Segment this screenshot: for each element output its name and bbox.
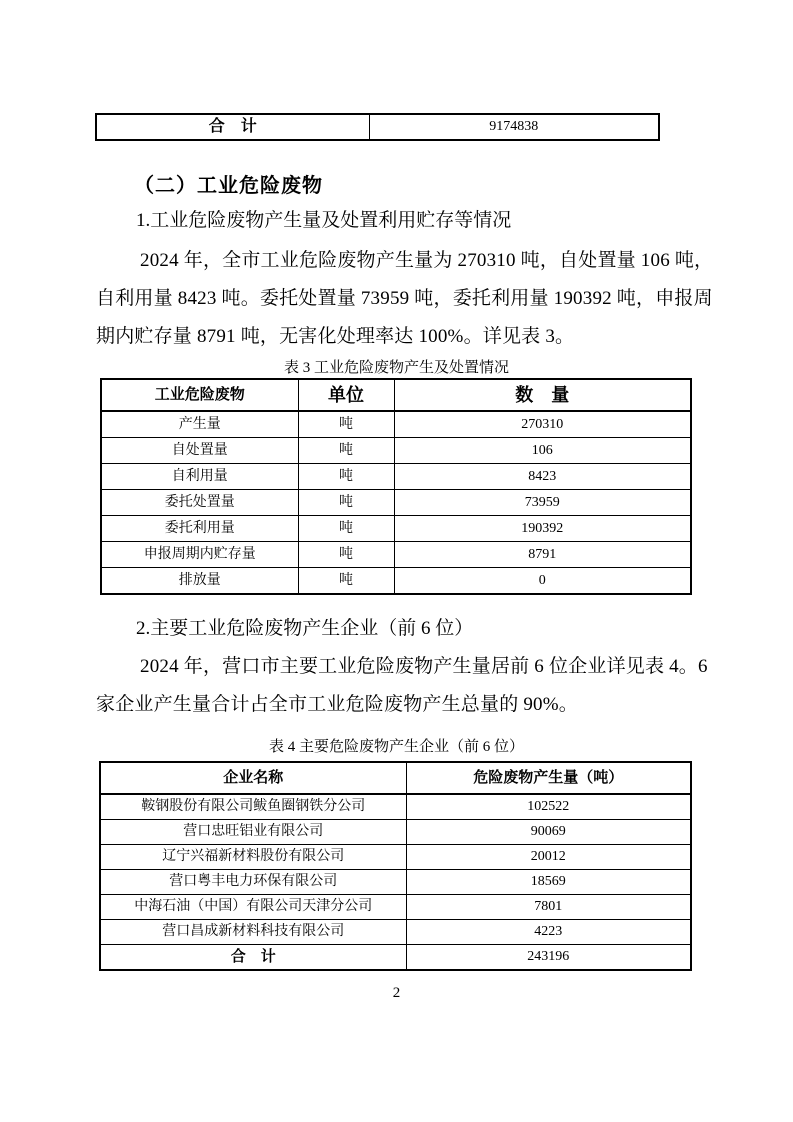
subsection-1-title: 1.工业危险废物产生量及处置利用贮存等情况: [136, 205, 511, 232]
table-row: 委托处置量 吨 73959: [101, 490, 691, 516]
row-value: 190392: [394, 516, 691, 542]
company-name: 中海石油（中国）有限公司天津分公司: [100, 895, 406, 920]
company-value: 90069: [406, 820, 691, 845]
company-value: 4223: [406, 920, 691, 945]
page-number: 2: [0, 985, 793, 1002]
table-row: 产生量 吨 270310: [101, 411, 691, 438]
row-unit: 吨: [298, 568, 394, 595]
table3-header-quantity: 数 量: [394, 379, 691, 411]
table-row: 申报周期内贮存量 吨 8791: [101, 542, 691, 568]
table4-caption: 表 4 主要危险废物产生企业（前 6 位）: [0, 735, 793, 756]
paragraph-1-line-1: 2024 年，全市工业危险废物产生量为 270310 吨，自处置量 106 吨，: [140, 245, 713, 272]
table-row: 鞍钢股份有限公司鲅鱼圈钢铁分公司 102522: [100, 794, 691, 820]
section-heading: （二）工业危险废物: [134, 169, 323, 198]
paragraph-1-line-2: 自利用量 8423 吨。委托处置量 73959 吨，委托利用量 190392 吨…: [96, 283, 713, 310]
table-row: 合 计 243196: [100, 945, 691, 971]
company-value: 102522: [406, 794, 691, 820]
table-row: 辽宁兴福新材料股份有限公司 20012: [100, 845, 691, 870]
row-unit: 吨: [298, 464, 394, 490]
company-name: 鞍钢股份有限公司鲅鱼圈钢铁分公司: [100, 794, 406, 820]
paragraph-2-line-1: 2024 年，营口市主要工业危险废物产生量居前 6 位企业详见表 4。6: [140, 651, 708, 678]
paragraph-2-line-2: 家企业产生量合计占全市工业危险废物产生总量的 90%。: [96, 689, 578, 716]
row-label: 委托利用量: [101, 516, 298, 542]
total-summary-table: 合 计 9174838: [95, 113, 660, 141]
row-unit: 吨: [298, 438, 394, 464]
row-value: 270310: [394, 411, 691, 438]
table4-header-company: 企业名称: [100, 762, 406, 794]
row-unit: 吨: [298, 516, 394, 542]
table-header-row: 工业危险废物 单位 数 量: [101, 379, 691, 411]
company-value: 7801: [406, 895, 691, 920]
table-row: 中海石油（中国）有限公司天津分公司 7801: [100, 895, 691, 920]
row-value: 106: [394, 438, 691, 464]
company-name: 辽宁兴福新材料股份有限公司: [100, 845, 406, 870]
total-label: 合 计: [100, 945, 406, 971]
row-label: 委托处置量: [101, 490, 298, 516]
row-unit: 吨: [298, 490, 394, 516]
table3-header-unit: 单位: [298, 379, 394, 411]
table-row: 排放量 吨 0: [101, 568, 691, 595]
table-row: 自利用量 吨 8423: [101, 464, 691, 490]
row-value: 8791: [394, 542, 691, 568]
table-row: 营口忠旺铝业有限公司 90069: [100, 820, 691, 845]
row-value: 0: [394, 568, 691, 595]
total-label: 合 计: [96, 114, 369, 140]
total-value: 9174838: [369, 114, 659, 140]
table4-top-producers: 企业名称 危险废物产生量（吨） 鞍钢股份有限公司鲅鱼圈钢铁分公司 102522 …: [99, 761, 692, 971]
document-page: 合 计 9174838 （二）工业危险废物 1.工业危险废物产生量及处置利用贮存…: [0, 0, 793, 1122]
row-label: 产生量: [101, 411, 298, 438]
row-label: 排放量: [101, 568, 298, 595]
company-value: 20012: [406, 845, 691, 870]
row-value: 8423: [394, 464, 691, 490]
table-row: 合 计 9174838: [96, 114, 659, 140]
table3-caption: 表 3 工业危险废物产生及处置情况: [0, 356, 793, 377]
row-label: 自利用量: [101, 464, 298, 490]
company-name: 营口昌成新材料科技有限公司: [100, 920, 406, 945]
company-name: 营口忠旺铝业有限公司: [100, 820, 406, 845]
table4-header-amount: 危险废物产生量（吨）: [406, 762, 691, 794]
table-row: 自处置量 吨 106: [101, 438, 691, 464]
company-value: 18569: [406, 870, 691, 895]
table3-header-category: 工业危险废物: [101, 379, 298, 411]
table3-hazardous-waste: 工业危险废物 单位 数 量 产生量 吨 270310 自处置量 吨 106 自利…: [100, 378, 692, 595]
row-value: 73959: [394, 490, 691, 516]
company-name: 营口粤丰电力环保有限公司: [100, 870, 406, 895]
subsection-2-title: 2.主要工业危险废物产生企业（前 6 位）: [136, 613, 473, 640]
table-row: 营口粤丰电力环保有限公司 18569: [100, 870, 691, 895]
paragraph-1-line-3: 期内贮存量 8791 吨，无害化处理率达 100%。详见表 3。: [96, 321, 574, 348]
row-label: 申报周期内贮存量: [101, 542, 298, 568]
row-label: 自处置量: [101, 438, 298, 464]
total-value: 243196: [406, 945, 691, 971]
table-row: 委托利用量 吨 190392: [101, 516, 691, 542]
row-unit: 吨: [298, 542, 394, 568]
row-unit: 吨: [298, 411, 394, 438]
table-header-row: 企业名称 危险废物产生量（吨）: [100, 762, 691, 794]
table-row: 营口昌成新材料科技有限公司 4223: [100, 920, 691, 945]
